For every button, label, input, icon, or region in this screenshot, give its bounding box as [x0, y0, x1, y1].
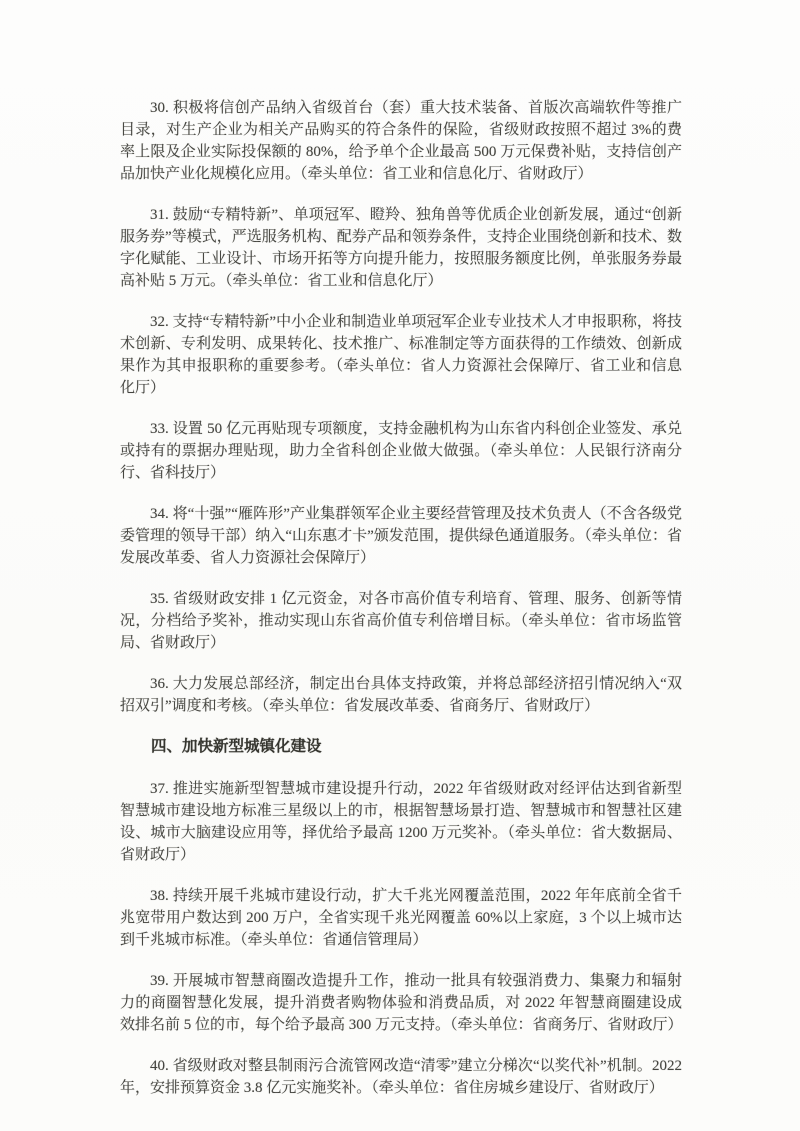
paragraph-item-31: 31. 鼓励“专精特新”、单项冠军、瞪羚、独角兽等优质企业创新发展，通过“创新服… [120, 204, 682, 292]
paragraph-item-40: 40. 省级财政对整县制雨污合流管网改造“清零”建立分梯次“以奖代补”机制。20… [120, 1055, 682, 1099]
paragraph-item-35: 35. 省级财政安排 1 亿元资金，对各市高价值专利培育、管理、服务、创新等情况… [120, 588, 682, 654]
paragraph-item-37: 37. 推进实施新型智慧城市建设提升行动，2022 年省级财政对经评估达到省新型… [120, 778, 682, 866]
section-heading-4: 四、加快新型城镇化建设 [120, 736, 682, 758]
paragraph-item-30: 30. 积极将信创产品纳入省级首台（套）重大技术装备、首版次高端软件等推广目录，… [120, 97, 682, 185]
paragraph-item-33: 33. 设置 50 亿元再贴现专项额度，支持金融机构为山东省内科创企业签发、承兑… [120, 418, 682, 484]
paragraph-item-34: 34. 将“十强”“雁阵形”产业集群领军企业主要经营管理及技术负责人（不含各级党… [120, 503, 682, 569]
document-page: 30. 积极将信创产品纳入省级首台（套）重大技术装备、首版次高端软件等推广目录，… [0, 0, 800, 1131]
document-body: 30. 积极将信创产品纳入省级首台（套）重大技术装备、首版次高端软件等推广目录，… [120, 97, 682, 1099]
paragraph-item-39: 39. 开展城市智慧商圈改造提升工作，推动一批具有较强消费力、集聚力和辐射力的商… [120, 970, 682, 1036]
paragraph-item-38: 38. 持续开展千兆城市建设行动，扩大千兆光网覆盖范围，2022 年年底前全省千… [120, 885, 682, 951]
paragraph-item-32: 32. 支持“专精特新”中小企业和制造业单项冠军企业专业技术人才申报职称，将技术… [120, 311, 682, 399]
paragraph-item-36: 36. 大力发展总部经济，制定出台具体支持政策，并将总部经济招引情况纳入“双招双… [120, 673, 682, 717]
